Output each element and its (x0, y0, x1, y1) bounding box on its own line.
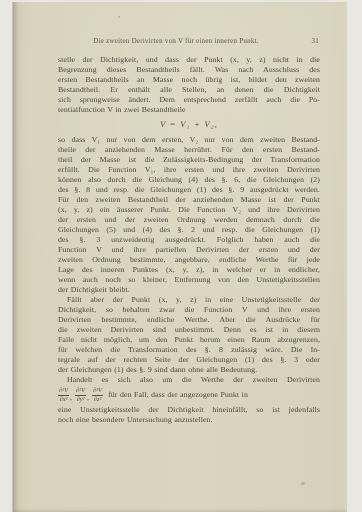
text-line: Handelt es sich also um die Werthe der z… (58, 375, 320, 385)
running-header: Die zweiten Derivirten von V für einen i… (58, 36, 320, 46)
text-line: Lage des inneren Punktes (x, y, z), in w… (58, 265, 320, 275)
text-line: noch eine besondere Untersuchung anzuste… (58, 415, 320, 425)
text-line: theil der Masse ist die Zulässigkeits-Be… (58, 155, 320, 165)
body-text: stelle der Dichtigkeit, und dass der Pun… (58, 55, 320, 425)
partial-derivative-z-fraction: ∂²V ∂z² (92, 387, 103, 404)
text-line: tentialfunction V in zwei Bestandtheile (58, 105, 320, 115)
text-line: Derivirten bestimmte, endliche Werthe. A… (58, 315, 320, 325)
text-line: sich sprungweise ändert. Dem entsprechen… (58, 95, 320, 105)
text-line: für welchen die Transformation des §. 8 … (58, 345, 320, 355)
paper-speck (118, 16, 120, 18)
text-line: für den Fall, dass der angezogene Punkt … (108, 390, 248, 400)
fraction-denominator: ∂x² (60, 396, 68, 404)
paper-speck (261, 224, 263, 226)
text-line: tegrale auf der rechten Seite der Gleich… (58, 355, 320, 365)
text-line: wenn auch noch so kleiner, Entfernung vo… (58, 275, 320, 285)
book-page: Die zweiten Derivirten von V für einen i… (13, 2, 347, 512)
text-line: eine Unstetigkeitsstelle der Dichtigkeit… (58, 405, 320, 415)
fraction-numerator: ∂²V (75, 387, 86, 396)
text-line: ersten Bestandtheils an Masse noch übrig… (58, 75, 320, 85)
second-derivatives-line: ∂²V ∂x² , ∂²V ∂y² , ∂²V ∂z² für den Fall… (58, 385, 320, 405)
text-line: stelle der Dichtigkeit, und dass der Pun… (58, 55, 320, 65)
text-line: des §. 3 unzweideutig ausgedrückt. Folgl… (58, 235, 320, 245)
page-number: 31 (312, 36, 320, 46)
text-line: können also durch die Gleichung (4) des … (58, 175, 320, 185)
text-line: der Dichtigkeit bleibt. (58, 285, 320, 295)
text-line: so dass V₁ nur von dem ersten, V₂ nur vo… (58, 135, 320, 145)
paper-stain (301, 482, 305, 485)
text-line: der Gleichungen (1) des §. 9 sind dann o… (58, 365, 320, 375)
text-line: Dichtigkeit, so behalten zwar die Functi… (58, 305, 320, 315)
text-line: Fällt aber der Punkt (x, y, z) in eine U… (58, 295, 320, 305)
text-line: Für den zweiten Bestandtheil der anziehe… (58, 195, 320, 205)
text-line: erfüllt. Die Function V₁, ihre ersten un… (58, 165, 320, 175)
text-line: Gleichungen (5) und (4) des §. 2 und res… (58, 225, 320, 235)
formula-v-sum: V = V₁ + V₂, (58, 115, 320, 135)
text-line: Begrenzung dieses Bestandtheils fällt. W… (58, 65, 320, 75)
text-line: Function V und ihre partiellen Derivirte… (58, 245, 320, 255)
text-line: Falle nicht möglich, um den Punkt herum … (58, 335, 320, 345)
text-line: zweiten Ordnung bestimmte, angebbare, en… (58, 255, 320, 265)
partial-derivative-x-fraction: ∂²V ∂x² (58, 387, 69, 404)
separator-comma: , (70, 393, 72, 403)
running-header-title: Die zweiten Derivirten von V für einen i… (58, 36, 320, 46)
fraction-denominator: ∂z² (94, 396, 102, 404)
text-line: des §. 8 und resp. die Gleichungen (1) d… (58, 185, 320, 195)
text-line: theile der anziehenden Masse herrührt. F… (58, 145, 320, 155)
separator-comma: , (87, 393, 89, 403)
text-line: Bestandtheil. Er enthält alle Stellen, a… (58, 85, 320, 95)
text-line: der ersten und der zweiten Ordnung werde… (58, 215, 320, 225)
fraction-numerator: ∂²V (58, 387, 69, 396)
fraction-numerator: ∂²V (92, 387, 103, 396)
text-line: (x, y, z) ein äusserer Punkt. Die Functi… (58, 205, 320, 215)
fraction-denominator: ∂y² (77, 396, 85, 404)
text-line: die zweiten Derivirten sind unbestimmt. … (58, 325, 320, 335)
partial-derivative-y-fraction: ∂²V ∂y² (75, 387, 86, 404)
scanned-book-page-background: Die zweiten Derivirten von V für einen i… (0, 0, 362, 512)
